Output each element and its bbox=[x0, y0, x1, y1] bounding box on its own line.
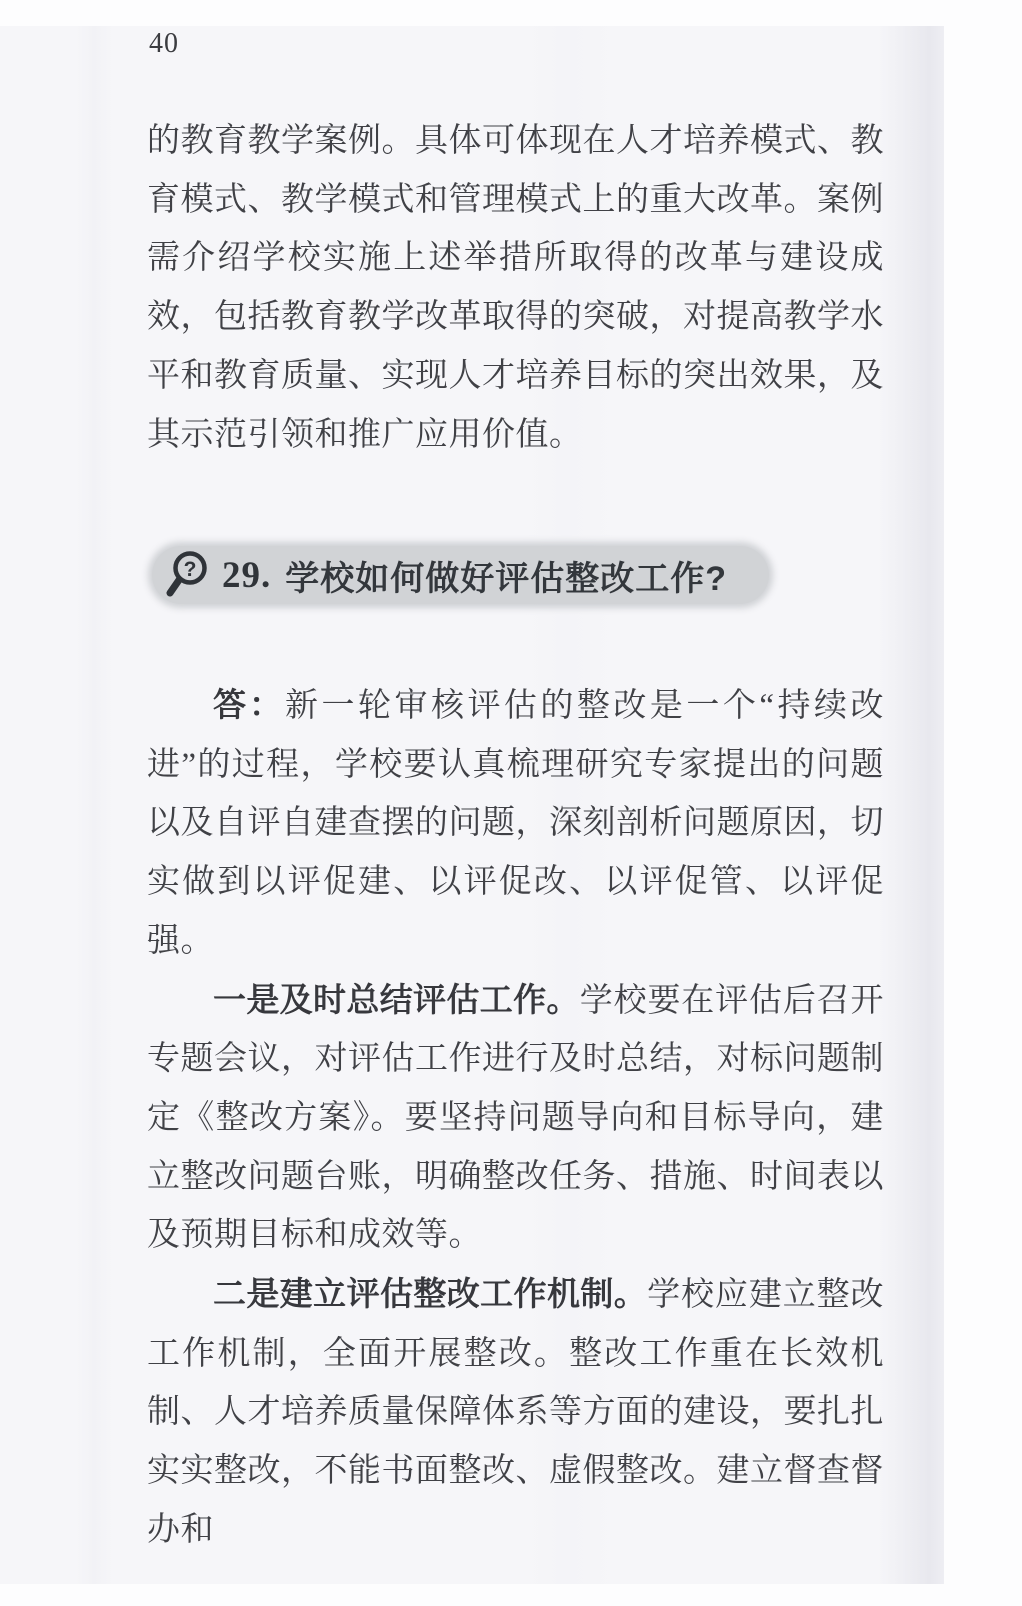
answer-point-2-text: 学校应建立整改工作机制，全面开展整改。整改工作重在长效机制、人才培养质量保障体系… bbox=[147, 1277, 884, 1548]
page-number: 40 bbox=[149, 28, 179, 60]
question-number: 29. bbox=[222, 554, 271, 597]
answer-point-1: 一是及时总结评估工作。学校要在评估后召开专题会议，对评估工作进行及时总结，对标问… bbox=[147, 971, 884, 1266]
question-mark-glyph: ? bbox=[184, 558, 197, 581]
answer-intro-text: 新一轮审核评估的整改是一个“持续改进”的过程，学校要认真梳理研究专家提出的问题以… bbox=[147, 688, 884, 959]
answer-label: 答： bbox=[213, 686, 285, 723]
question-heading: ? 29. 学校如何做好评估整改工作? bbox=[152, 546, 769, 604]
intro-paragraph: 的教育教学案例。具体可体现在人才培养模式、教育模式、教学模式和管理模式上的重大改… bbox=[147, 112, 884, 464]
answer-point-2-lead: 二是建立评估整改工作机制。 bbox=[213, 1275, 647, 1312]
magnifier-question-icon: ? bbox=[164, 549, 212, 601]
answer-section: 答：新一轮审核评估的整改是一个“持续改进”的过程，学校要认真梳理研究专家提出的问… bbox=[147, 676, 884, 1560]
answer-point-1-text: 学校要在评估后召开专题会议，对评估工作进行及时总结，对标问题制定《整改方案》。要… bbox=[147, 983, 884, 1254]
question-title: 学校如何做好评估整改工作? bbox=[285, 551, 727, 600]
answer-point-2: 二是建立评估整改工作机制。学校应建立整改工作机制，全面开展整改。整改工作重在长效… bbox=[147, 1265, 884, 1560]
answer-point-1-lead: 一是及时总结评估工作。 bbox=[213, 981, 580, 1018]
answer-intro-paragraph: 答：新一轮审核评估的整改是一个“持续改进”的过程，学校要认真梳理研究专家提出的问… bbox=[147, 676, 884, 971]
